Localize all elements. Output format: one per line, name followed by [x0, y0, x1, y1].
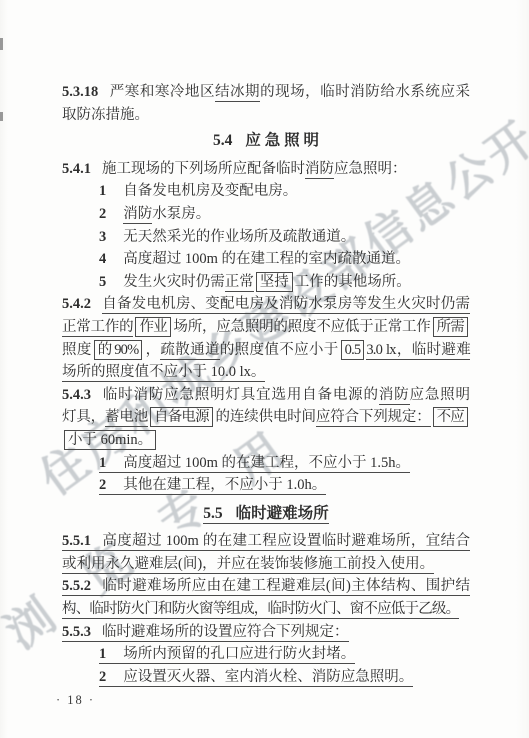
clause-5-4-2-cont-3: 场所的照度值不应小于 10.0 lx。 — [62, 361, 470, 384]
clause-5-4-3-cont-2: 小于 60min。 — [62, 429, 470, 452]
inserted-text: 场所的照度值不应小于 10.0 lx。 — [62, 364, 265, 382]
clause-number: 5.5.1 — [62, 533, 102, 549]
list-item-5-4-3-2: 2其他在建工程，不应小于 1.0h。 — [62, 474, 470, 497]
clause-number: 5.5.2 — [62, 578, 102, 594]
text-segment: 其他在建工程，不应小于 1.0h。 — [123, 477, 326, 493]
inserted-text: 5.5.2临时避难场所应由在建工程避难层(间)主体结构、围护结 — [62, 578, 470, 596]
inserted-text: 1高度超过 100m 的在建工程，不应小于 1.5h。 — [99, 455, 410, 473]
text-segment: 应急照明 — [410, 387, 471, 403]
text-segment: 施工现场的下列场所应配备临时 — [102, 161, 305, 177]
clause-number: 5.5.3 — [62, 624, 102, 640]
list-item-5-4-3-1: 1高度超过 100m 的在建工程，不应小于 1.5h。 — [62, 452, 470, 475]
item-number: 5 — [99, 274, 106, 290]
text-segment: 临时消防应急照明灯具宜选用自备电源的 — [102, 387, 379, 403]
inserted-text: 构、临时防火门和防火窗等组成，临时防火门、窗不应低于乙级。 — [62, 601, 459, 619]
inserted-text: 正常 — [225, 274, 254, 292]
section-heading-5-4: 5.4应 急 照 明 — [62, 130, 470, 153]
clause-5-4-2-cont-1: 正常工作的作业场所，应急照明的照度不应低于正常工作所需 — [62, 316, 470, 339]
deleted-text-box: 不应 — [433, 407, 468, 427]
clause-5-5-3: 5.5.3临时避难场所的设置应符合下列规定： — [62, 621, 470, 644]
text-segment: 的连续供电时间 — [215, 409, 316, 425]
deleted-text-box: 小于 60min。 — [64, 430, 156, 450]
inserted-text: 或利用永久避难层(间)，并应在装饰装修施工前投入使用。 — [62, 556, 434, 574]
inserted-text: 5.5.1高度超过 100m 的在建工程应设置临时避难场所，宜结合 — [62, 533, 470, 551]
section-number: 5.4 — [213, 132, 245, 149]
text-segment: 临时避难场所应由在建工程避难层(间)主体结构、围护结 — [102, 578, 470, 594]
item-number: 2 — [99, 206, 106, 222]
item-number: 3 — [99, 229, 106, 245]
inserted-text: 3.0 lx，临时避难 — [366, 342, 470, 360]
deleted-text-box: 所需 — [433, 317, 468, 337]
inserted-text: 2其他在建工程，不应小于 1.0h。 — [99, 477, 326, 495]
deleted-text-box: 的 90% — [94, 340, 143, 360]
list-item-1: 1自备发电机房及变配电房。 — [62, 180, 470, 203]
clause-5-3-18: 5.3.18严寒和寒冷地区结冰期的现场，临时消防给水系统应采 — [62, 81, 470, 104]
clause-number: 5.3.18 — [62, 84, 98, 100]
item-number: 2 — [99, 669, 123, 685]
clause-5-5-2-cont: 构、临时防火门和防火窗等组成，临时防火门、窗不应低于乙级。 — [62, 598, 470, 621]
text-segment: 照度 — [62, 342, 92, 358]
list-item-5: 5发生火灾时仍需正常坚持工作的其他场所。 — [62, 271, 470, 294]
section-heading-5-5: 5.5临时避难场所 — [62, 503, 470, 526]
text-segment: 工作的其他场所。 — [295, 274, 411, 290]
text-segment: 无天然采光的作业场所及疏散通道。 — [123, 229, 355, 245]
list-item-3: 3无天然采光的作业场所及疏散通道。 — [62, 226, 470, 249]
inserted-text: 消防 — [379, 387, 410, 405]
section-title: 应 急 照 明 — [245, 132, 319, 149]
page-number: · 18 · — [56, 693, 95, 708]
clause-5-5-1-cont: 或利用永久避难层(间)，并应在装饰装修施工前投入使用。 — [62, 553, 470, 576]
text-segment: 发生火灾时仍需 — [123, 274, 225, 290]
text-segment: 的现场，临时消防给水系统应采 — [260, 84, 470, 100]
list-item-5-5-3-1: 1场所内预留的孔口应进行防火封堵。 — [62, 643, 470, 666]
item-number: 4 — [99, 251, 106, 267]
inserted-text: 结冰期 — [215, 84, 260, 102]
item-number: 1 — [99, 455, 123, 471]
clause-5-5-1: 5.5.1高度超过 100m 的在建工程应设置临时避难场所，宜结合 — [62, 530, 470, 553]
text-segment: 自备发电机房及变配电房。 — [123, 183, 297, 199]
clause-5-3-18-cont: 取防冻措施。 — [62, 104, 470, 127]
item-number: 2 — [99, 477, 123, 493]
section-number: 5.5 — [203, 505, 235, 522]
clause-number: 5.4.1 — [62, 161, 91, 177]
inserted-text: 蓄电池 — [105, 409, 148, 427]
text-segment: 高度超过 100m 的在建工程的室内疏散通道。 — [123, 251, 410, 267]
text-segment: 灯具， — [62, 409, 105, 425]
inserted-text: 1场所内预留的孔口应进行防火封堵。 — [99, 646, 355, 664]
scan-artifact — [0, 112, 3, 121]
section-title: 临时避难场所 — [236, 505, 329, 522]
text-segment: 临时避难场所的设置应符合下列规定： — [102, 624, 349, 640]
text-segment: 场所，应急照明的照度不应低于正常工作 — [173, 319, 431, 335]
text-segment: 场所内预留的孔口应进行防火封堵。 — [123, 646, 355, 662]
text-segment: 的照度值不应小于 — [220, 342, 339, 358]
text-segment: 高度超过 100m 的在建工程应设置临时避难场所，宜结合 — [102, 533, 470, 549]
text-segment: ， — [144, 342, 160, 358]
inserted-text: 应符合下列规定： — [316, 409, 431, 427]
scan-artifact — [0, 38, 3, 50]
clause-5-5-2: 5.5.2临时避难场所应由在建工程避难层(间)主体结构、围护结 — [62, 575, 470, 598]
list-item-2: 2消防水泵房。 — [62, 203, 470, 226]
list-item-5-5-3-2: 2应设置灭火器、室内消火栓、消防应急照明。 — [62, 666, 470, 689]
text-segment: 水泵房。 — [152, 206, 210, 222]
text-segment: 严寒和寒冷地区 — [109, 84, 215, 100]
inserted-text: 消防 — [305, 161, 334, 179]
inserted-text: 5.5.3临时避难场所的设置应符合下列规定： — [62, 624, 349, 642]
clause-5-4-3-cont-1: 灯具，蓄电池自备电源的连续供电时间应符合下列规定：不应 — [62, 406, 470, 429]
list-item-4: 4高度超过 100m 的在建工程的室内疏散通道。 — [62, 248, 470, 271]
deleted-text-box: 自备电源 — [150, 407, 213, 427]
item-number: 1 — [99, 646, 123, 662]
clause-5-4-2: 5.4.2自备发电机房、变配电房及消防水泵房等发生火灾时仍需 — [62, 293, 470, 316]
deleted-text-box: 坚持 — [256, 272, 293, 292]
inserted-text: 2应设置灭火器、室内消火栓、消防应急照明。 — [99, 669, 413, 687]
text-segment: 高度超过 100m 的在建工程，不应小于 1.5h。 — [123, 455, 410, 471]
inserted-text: 消防 — [123, 206, 152, 224]
inserted-text: 5.5临时避难场所 — [203, 505, 328, 524]
inserted-text: 自备发电机房、变配电房及消防水泵房等发生火灾时仍需 — [102, 296, 470, 314]
deleted-text-box: 0.5 — [341, 340, 365, 360]
clause-number: 5.4.3 — [62, 387, 91, 403]
document-body: 5.3.18严寒和寒冷地区结冰期的现场，临时消防给水系统应采 取防冻措施。 5.… — [62, 81, 470, 688]
clause-5-4-2-cont-2: 照度的 90%，疏散通道的照度值不应小于0.53.0 lx，临时避难 — [62, 339, 470, 362]
text-segment: 应急照明： — [334, 161, 407, 177]
inserted-text: 正常工作的 — [62, 319, 133, 337]
item-number: 1 — [99, 183, 106, 199]
inserted-text: 疏散通道 — [160, 342, 219, 360]
deleted-text-box: 作业 — [135, 317, 170, 337]
clause-number: 5.4.2 — [62, 296, 91, 312]
text-segment: 应设置灭火器、室内消火栓、消防应急照明。 — [123, 669, 413, 685]
clause-5-4-3: 5.4.3临时消防应急照明灯具宜选用自备电源的消防应急照明 — [62, 384, 470, 407]
clause-5-4-1: 5.4.1施工现场的下列场所应配备临时消防应急照明： — [62, 158, 470, 181]
scanned-document-page: 住房和城乡建设部信息公开 浏览专用 5.3.18严寒和寒冷地区结冰期的现场，临时… — [0, 0, 529, 738]
text-segment: 取防冻措施。 — [62, 107, 149, 123]
